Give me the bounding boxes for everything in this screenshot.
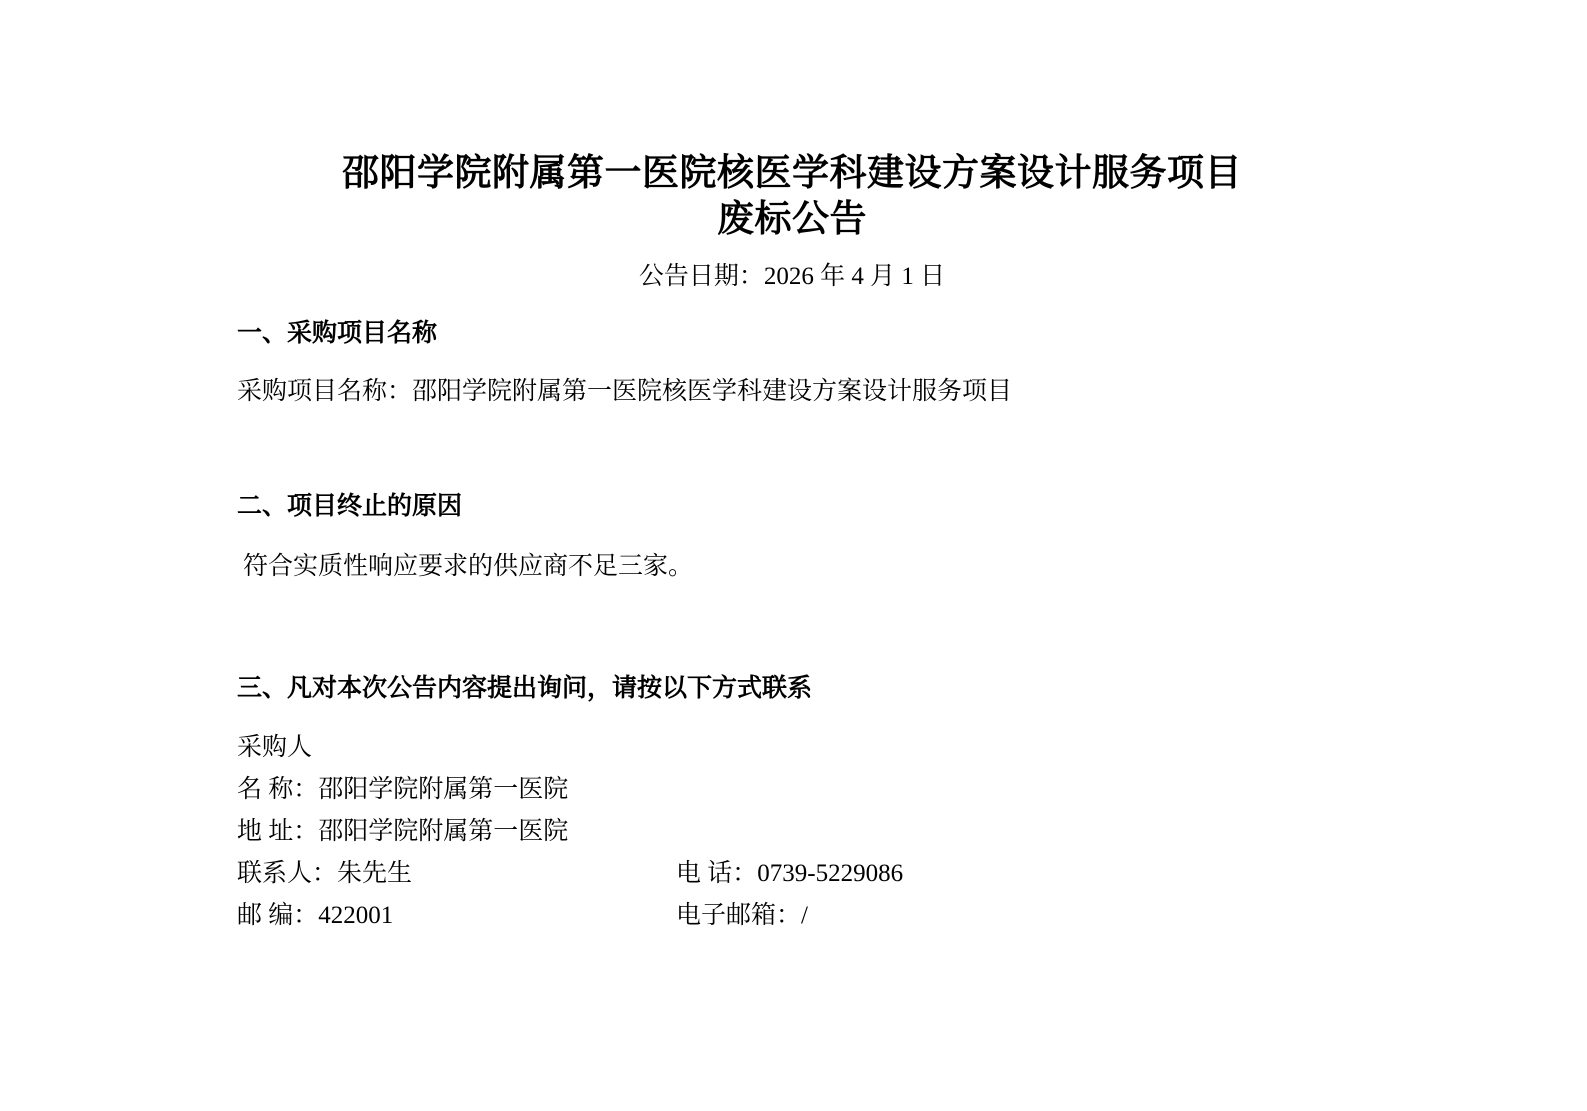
- document-title: 邵阳学院附属第一医院核医学科建设方案设计服务项目 废标公告: [237, 150, 1347, 242]
- section-3-heading: 三、凡对本次公告内容提出询问，请按以下方式联系: [237, 676, 1347, 701]
- contact-row-postcode-email: 邮 编：422001 电子邮箱：/: [237, 903, 1347, 928]
- section-1-body: 采购项目名称：邵阳学院附属第一医院核医学科建设方案设计服务项目: [237, 379, 1347, 404]
- purchaser-name: 名 称：邵阳学院附属第一医院: [237, 777, 676, 802]
- title-line-1: 邵阳学院附属第一医院核医学科建设方案设计服务项目: [237, 150, 1347, 196]
- announcement-document: 邵阳学院附属第一医院核医学科建设方案设计服务项目 废标公告 公告日期：2026 …: [0, 0, 1587, 1111]
- section-contact-info: 三、凡对本次公告内容提出询问，请按以下方式联系 采购人 名 称：邵阳学院附属第一…: [237, 676, 1347, 928]
- section-2-body: 符合实质性响应要求的供应商不足三家。: [237, 554, 1347, 579]
- contact-email: 电子邮箱：/: [676, 903, 1347, 928]
- section-2-heading: 二、项目终止的原因: [237, 494, 1347, 519]
- section-termination-reason: 二、项目终止的原因 符合实质性响应要求的供应商不足三家。: [237, 494, 1347, 579]
- document-content: 邵阳学院附属第一医院核医学科建设方案设计服务项目 废标公告 公告日期：2026 …: [237, 0, 1347, 928]
- section-project-name: 一、采购项目名称 采购项目名称：邵阳学院附属第一医院核医学科建设方案设计服务项目: [237, 321, 1347, 404]
- contact-person: 联系人：朱先生: [237, 861, 676, 886]
- purchaser-label: 采购人: [237, 735, 1347, 760]
- contact-row-address: 地 址：邵阳学院附属第一医院: [237, 819, 1347, 844]
- contact-row-person-phone: 联系人：朱先生 电 话：0739-5229086: [237, 861, 1347, 886]
- section-1-heading: 一、采购项目名称: [237, 321, 1347, 346]
- announcement-date: 公告日期：2026 年 4 月 1 日: [237, 264, 1347, 289]
- purchaser-address: 地 址：邵阳学院附属第一医院: [237, 819, 676, 844]
- postal-code: 邮 编：422001: [237, 903, 676, 928]
- contact-phone: 电 话：0739-5229086: [676, 861, 1347, 886]
- contact-details: 名 称：邵阳学院附属第一医院 地 址：邵阳学院附属第一医院 联系人：朱先生 电 …: [237, 777, 1347, 928]
- contact-row-name: 名 称：邵阳学院附属第一医院: [237, 777, 1347, 802]
- title-line-2: 废标公告: [237, 196, 1347, 242]
